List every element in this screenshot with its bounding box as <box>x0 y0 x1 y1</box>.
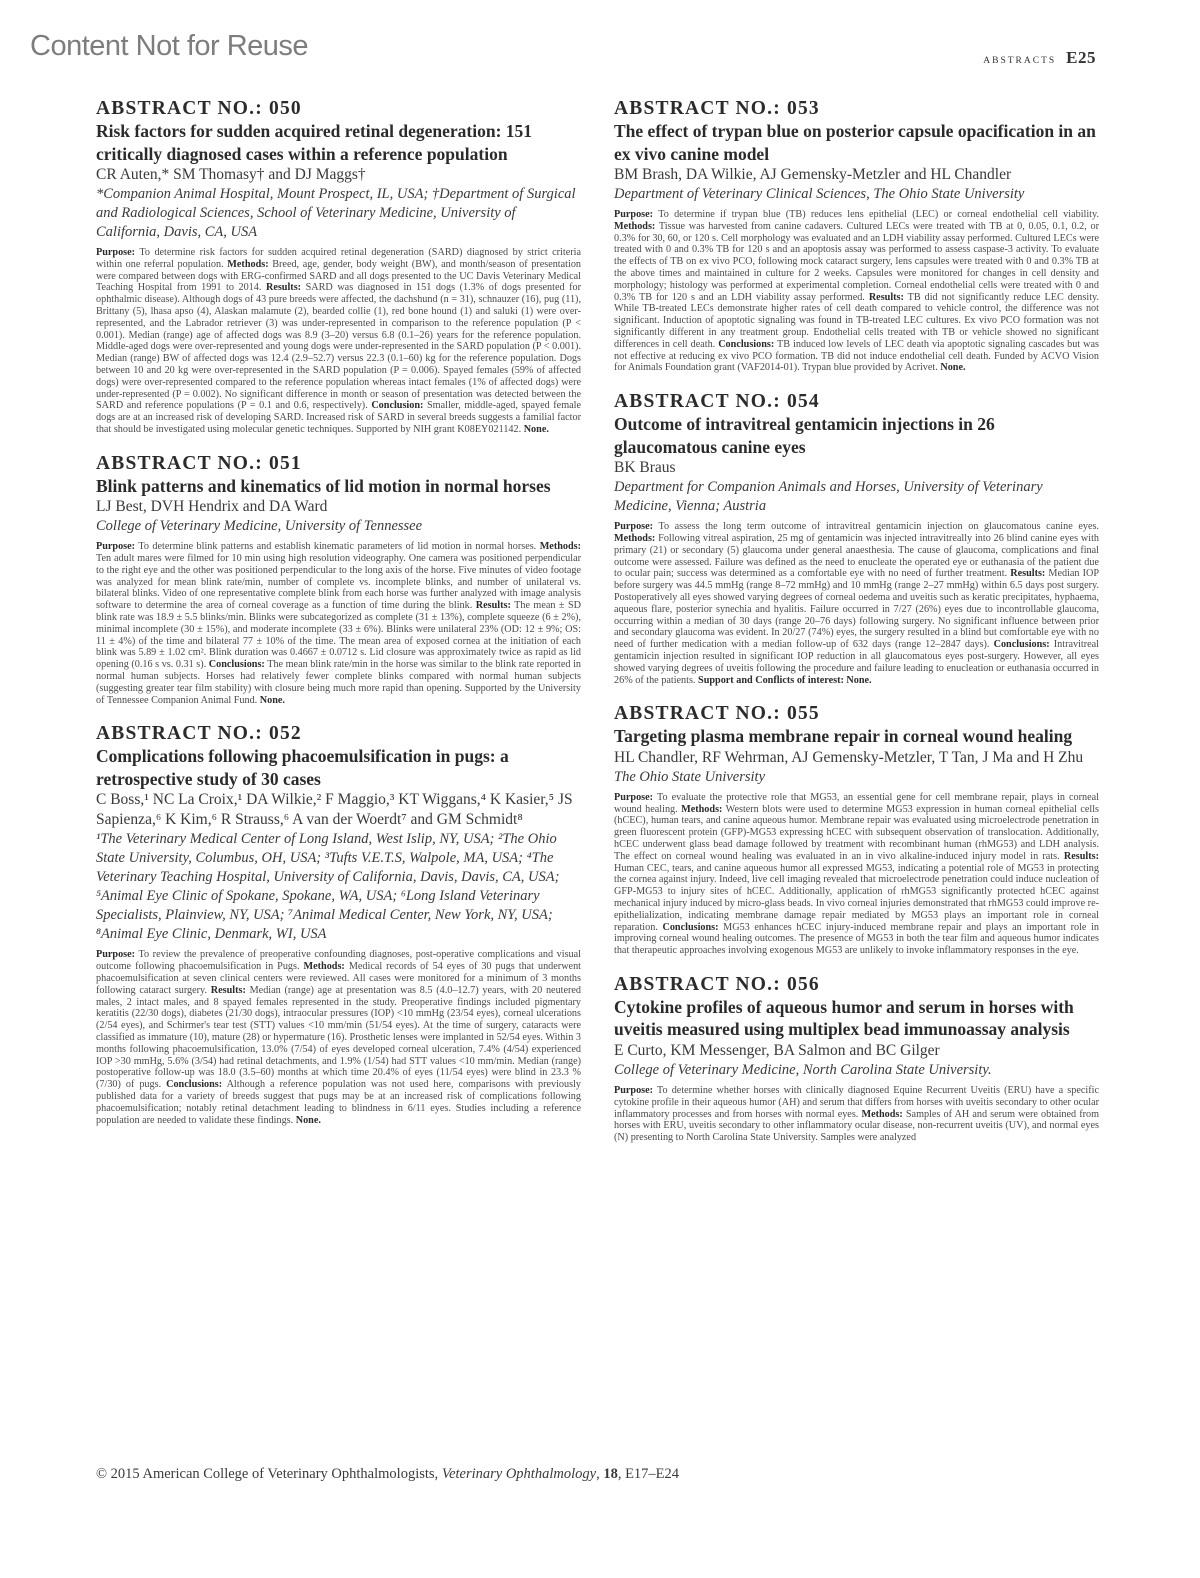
methods-label: Methods: <box>614 221 655 232</box>
conclusions-label: Conclusions: <box>662 922 718 933</box>
journal-volume: 18 <box>603 1466 618 1482</box>
conclusions-label: Conclusion: <box>371 400 423 411</box>
abstract-title: Targeting plasma membrane repair in corn… <box>614 725 1099 748</box>
abstract-affiliation: *Companion Animal Hospital, Mount Prospe… <box>96 185 581 242</box>
journal-pages: , E17–E24 <box>618 1466 679 1482</box>
abstract-authors: BK Braus <box>614 458 1099 478</box>
abstract-title: Cytokine profiles of aqueous humor and s… <box>614 996 1099 1041</box>
methods-label: Methods: <box>540 541 581 552</box>
purpose-text: To assess the long term outcome of intra… <box>658 521 1099 532</box>
abstract-body: Purpose: To evaluate the protective role… <box>614 792 1099 957</box>
conflict-statement: None. <box>260 695 285 706</box>
abstract-affiliation: The Ohio State University <box>614 768 1099 787</box>
abstract-authors: HL Chandler, RF Wehrman, AJ Gemensky-Met… <box>614 748 1099 768</box>
results-text: SARD was diagnosed in 151 dogs (1.3% of … <box>96 282 581 411</box>
right-column: ABSTRACT NO.: 053 The effect of trypan b… <box>614 97 1099 1160</box>
methods-label: Methods: <box>681 804 722 815</box>
purpose-label: Purpose: <box>96 949 135 960</box>
abstract-affiliation: Department for Companion Animals and Hor… <box>614 478 1099 516</box>
journal-name: Veterinary Ophthalmology <box>442 1466 596 1482</box>
abstract-authors: E Curto, KM Messenger, BA Salmon and BC … <box>614 1041 1099 1061</box>
abstract-number: ABSTRACT NO.: 051 <box>96 452 581 475</box>
purpose-label: Purpose: <box>614 792 653 803</box>
running-head: ABSTRACTS E25 <box>983 48 1096 68</box>
abstract-056: ABSTRACT NO.: 056 Cytokine profiles of a… <box>614 973 1099 1144</box>
abstract-authors: C Boss,¹ NC La Croix,¹ DA Wilkie,² F Mag… <box>96 790 581 830</box>
methods-label: Methods: <box>861 1109 902 1120</box>
results-text: Median (range) age at presentation was 8… <box>96 985 581 1090</box>
results-label: Results: <box>211 985 246 996</box>
abstract-authors: CR Auten,* SM Thomasy† and DJ Maggs† <box>96 165 581 185</box>
purpose-label: Purpose: <box>614 521 653 532</box>
abstract-authors: BM Brash, DA Wilkie, AJ Gemensky-Metzler… <box>614 165 1099 185</box>
purpose-label: Purpose: <box>96 541 135 552</box>
abstract-number: ABSTRACT NO.: 056 <box>614 973 1099 996</box>
abstract-number: ABSTRACT NO.: 053 <box>614 97 1099 120</box>
abstract-body: Purpose: To determine blink patterns and… <box>96 541 581 706</box>
purpose-label: Purpose: <box>96 247 135 258</box>
purpose-text: To determine if trypan blue (TB) reduces… <box>658 209 1099 220</box>
abstract-body: Purpose: To determine if trypan blue (TB… <box>614 209 1099 374</box>
methods-label: Methods: <box>227 259 268 270</box>
conflict-statement: None. <box>940 362 965 373</box>
abstract-authors: LJ Best, DVH Hendrix and DA Ward <box>96 497 581 517</box>
conclusions-label: Conclusions: <box>718 339 774 350</box>
conflict-statement: None. <box>296 1115 321 1126</box>
methods-label: Methods: <box>304 961 345 972</box>
abstract-body: Purpose: To determine risk factors for s… <box>96 247 581 436</box>
section-label: ABSTRACTS <box>983 56 1056 66</box>
abstract-number: ABSTRACT NO.: 052 <box>96 722 581 745</box>
methods-text: Tissue was harvested from canine cadaver… <box>614 221 1099 303</box>
conflict-statement: None. <box>524 424 549 435</box>
watermark: Content Not for Reuse <box>30 30 308 63</box>
abstract-body: Purpose: To assess the long term outcome… <box>614 521 1099 686</box>
abstract-affiliation: Department of Veterinary Clinical Scienc… <box>614 185 1099 204</box>
abstract-body: Purpose: To review the prevalence of pre… <box>96 949 581 1126</box>
conflict-statement: Support and Conflicts of interest: None. <box>698 675 872 686</box>
abstract-body: Purpose: To determine whether horses wit… <box>614 1085 1099 1144</box>
results-label: Results: <box>266 282 301 293</box>
abstract-number: ABSTRACT NO.: 050 <box>96 97 581 120</box>
abstract-number: ABSTRACT NO.: 054 <box>614 390 1099 413</box>
purpose-label: Purpose: <box>614 209 653 220</box>
conclusions-label: Conclusions: <box>209 659 265 670</box>
abstract-title: Outcome of intravitreal gentamicin injec… <box>614 413 1099 458</box>
abstract-052: ABSTRACT NO.: 052 Complications followin… <box>96 722 581 1126</box>
page-number: E25 <box>1066 48 1096 67</box>
methods-label: Methods: <box>614 533 655 544</box>
abstract-title: The effect of trypan blue on posterior c… <box>614 120 1099 165</box>
abstract-054: ABSTRACT NO.: 054 Outcome of intravitrea… <box>614 390 1099 686</box>
abstract-055: ABSTRACT NO.: 055 Targeting plasma membr… <box>614 702 1099 957</box>
results-label: Results: <box>476 600 511 611</box>
conclusions-label: Conclusions: <box>166 1079 222 1090</box>
left-column: ABSTRACT NO.: 050 Risk factors for sudde… <box>96 97 581 1142</box>
page-footer: © 2015 American College of Veterinary Op… <box>96 1466 679 1483</box>
results-label: Results: <box>1064 851 1099 862</box>
purpose-text: To determine blink patterns and establis… <box>138 541 536 552</box>
abstract-affiliation: College of Veterinary Medicine, Universi… <box>96 517 581 536</box>
results-text: Median IOP before surgery was 44.5 mmHg … <box>614 568 1099 650</box>
abstract-affiliation: ¹The Veterinary Medical Center of Long I… <box>96 830 581 944</box>
abstract-053: ABSTRACT NO.: 053 The effect of trypan b… <box>614 97 1099 374</box>
purpose-label: Purpose: <box>614 1085 653 1096</box>
abstract-title: Complications following phacoemulsificat… <box>96 745 581 790</box>
abstract-number: ABSTRACT NO.: 055 <box>614 702 1099 725</box>
results-label: Results: <box>869 292 904 303</box>
abstract-affiliation: College of Veterinary Medicine, North Ca… <box>614 1061 1099 1080</box>
abstract-051: ABSTRACT NO.: 051 Blink patterns and kin… <box>96 452 581 707</box>
abstract-title: Risk factors for sudden acquired retinal… <box>96 120 581 165</box>
copyright-text: © 2015 American College of Veterinary Op… <box>96 1466 438 1482</box>
results-label: Results: <box>1010 568 1045 579</box>
abstract-050: ABSTRACT NO.: 050 Risk factors for sudde… <box>96 97 581 436</box>
conclusions-label: Conclusions: <box>994 639 1050 650</box>
abstract-title: Blink patterns and kinematics of lid mot… <box>96 475 581 498</box>
